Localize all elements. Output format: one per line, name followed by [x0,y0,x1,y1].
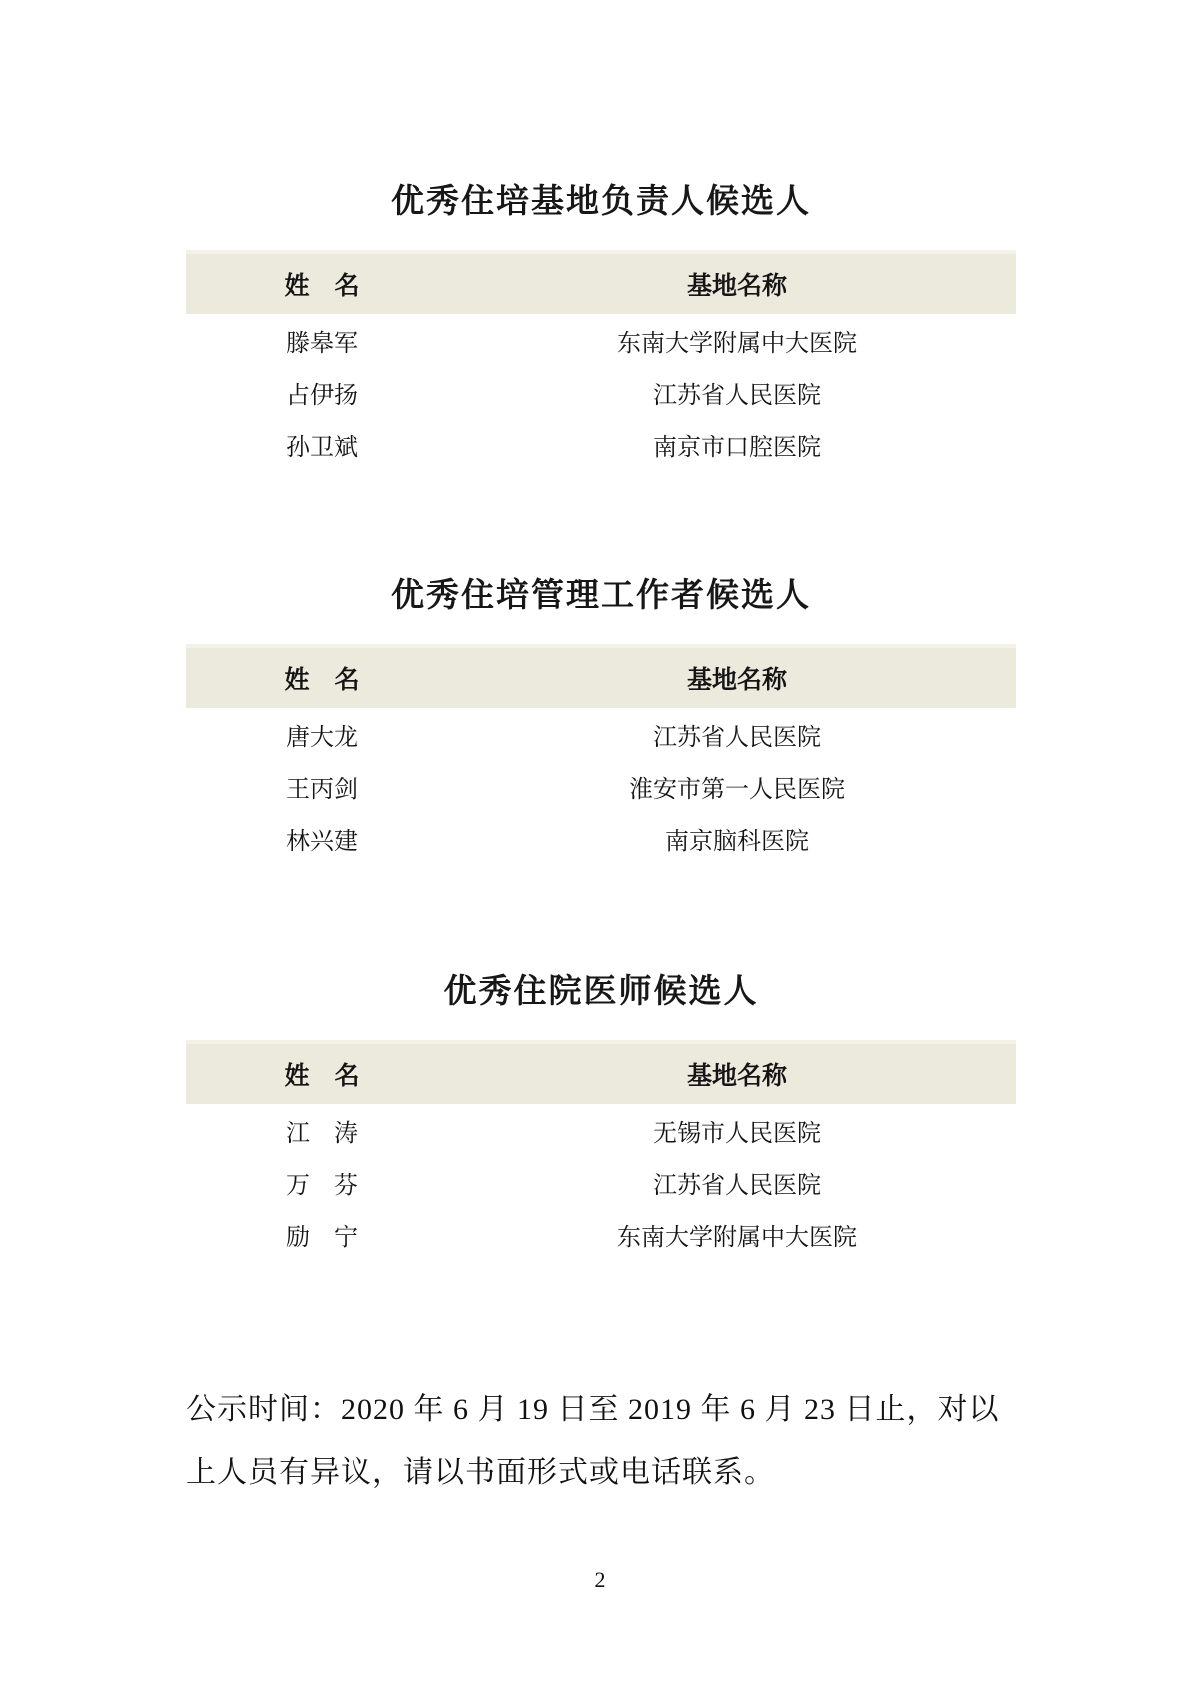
candidates-table: 姓 名 基地名称 江 涛 无锡市人民医院 万 芬 江苏省人民医院 励 宁 东南大… [186,1040,1016,1260]
table-row: 万 芬 江苏省人民医院 [186,1156,1016,1208]
column-header-base: 基地名称 [458,266,1016,302]
candidate-name: 励 宁 [186,1217,458,1252]
base-name: 无锡市人民医院 [458,1113,1016,1148]
candidate-name: 占伊扬 [186,375,458,410]
candidates-table: 姓 名 基地名称 唐大龙 江苏省人民医院 王丙剑 淮安市第一人民医院 林兴建 南… [186,644,1016,864]
table-header-row: 姓 名 基地名称 [186,250,1016,314]
page-number: 2 [0,1567,1200,1593]
base-name: 江苏省人民医院 [458,1165,1016,1200]
column-header-base: 基地名称 [458,660,1016,696]
table-row: 江 涛 无锡市人民医院 [186,1104,1016,1156]
candidates-table: 姓 名 基地名称 滕皋军 东南大学附属中大医院 占伊扬 江苏省人民医院 孙卫斌 … [186,250,1016,470]
column-header-base: 基地名称 [458,1056,1016,1092]
table-row: 励 宁 东南大学附属中大医院 [186,1208,1016,1260]
table-row: 滕皋军 东南大学附属中大医院 [186,314,1016,366]
candidate-name: 孙卫斌 [186,427,458,462]
section-resident-physicians: 优秀住院医师候选人 姓 名 基地名称 江 涛 无锡市人民医院 万 芬 江苏省人民… [186,972,1016,1260]
base-name: 南京脑科医院 [458,821,1016,856]
base-name: 东南大学附属中大医院 [458,323,1016,358]
table-row: 唐大龙 江苏省人民医院 [186,708,1016,760]
base-name: 江苏省人民医院 [458,375,1016,410]
base-name: 南京市口腔医院 [458,427,1016,462]
candidate-name: 万 芬 [186,1165,458,1200]
base-name: 东南大学附属中大医院 [458,1217,1016,1252]
section-management-workers: 优秀住培管理工作者候选人 姓 名 基地名称 唐大龙 江苏省人民医院 王丙剑 淮安… [186,576,1016,864]
notice-line-2: 上人员有异议，请以书面形式或电话联系。 [186,1441,1024,1504]
column-header-name: 姓 名 [186,1056,458,1092]
base-name: 淮安市第一人民医院 [458,769,1016,804]
section-title: 优秀住培基地负责人候选人 [186,182,1016,222]
column-header-name: 姓 名 [186,660,458,696]
table-row: 孙卫斌 南京市口腔医院 [186,418,1016,470]
section-title: 优秀住培管理工作者候选人 [186,576,1016,616]
column-header-name: 姓 名 [186,266,458,302]
candidate-name: 滕皋军 [186,323,458,358]
candidate-name: 林兴建 [186,821,458,856]
table-header-row: 姓 名 基地名称 [186,644,1016,708]
document-page: 优秀住培基地负责人候选人 姓 名 基地名称 滕皋军 东南大学附属中大医院 占伊扬… [0,0,1200,1697]
candidate-name: 江 涛 [186,1113,458,1148]
notice-line-1: 公示时间：2020 年 6 月 19 日至 2019 年 6 月 23 日止，对… [186,1378,1024,1441]
table-header-row: 姓 名 基地名称 [186,1040,1016,1104]
notice-paragraph: 公示时间：2020 年 6 月 19 日至 2019 年 6 月 23 日止，对… [186,1378,1024,1504]
base-name: 江苏省人民医院 [458,717,1016,752]
section-title: 优秀住院医师候选人 [186,972,1016,1012]
candidate-name: 王丙剑 [186,769,458,804]
table-row: 林兴建 南京脑科医院 [186,812,1016,864]
table-row: 王丙剑 淮安市第一人民医院 [186,760,1016,812]
section-base-directors: 优秀住培基地负责人候选人 姓 名 基地名称 滕皋军 东南大学附属中大医院 占伊扬… [186,182,1016,470]
candidate-name: 唐大龙 [186,717,458,752]
table-row: 占伊扬 江苏省人民医院 [186,366,1016,418]
